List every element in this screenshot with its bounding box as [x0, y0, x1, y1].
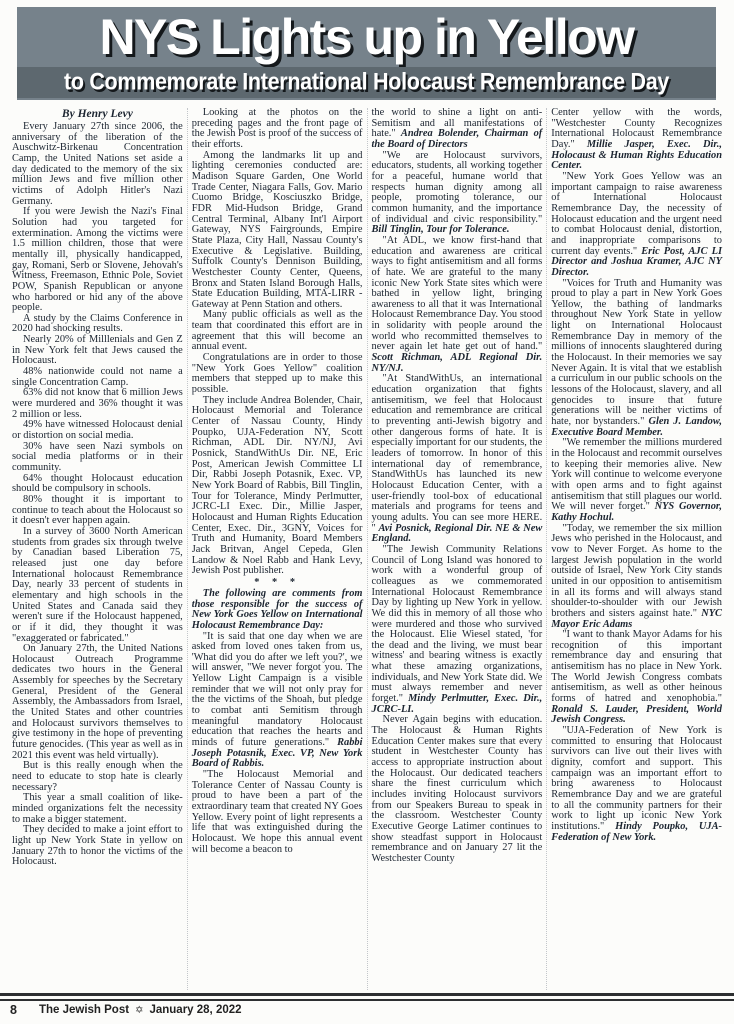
paragraph-text: 80% thought it is important to continue … — [12, 494, 183, 526]
attribution: Avi Posnick, Regional Dir. NE & New Engl… — [372, 523, 543, 545]
paragraph-text: 30% have seen Nazi symbols on social med… — [12, 441, 183, 473]
headline-subtitle-band: to Commemorate International Holocaust R… — [17, 67, 716, 98]
paragraph: "New York Goes Yellow was an important c… — [551, 172, 722, 279]
paragraph-text: 49% have witnessed Holocaust denial or d… — [12, 419, 183, 441]
paragraph-text: On January 27th, the United Nations Holo… — [12, 643, 183, 761]
paragraph: On January 27th, the United Nations Holo… — [12, 644, 183, 761]
paragraph-text: Congratulations are in order to those "N… — [192, 352, 363, 395]
star-of-david-icon: ✡ — [135, 1005, 143, 1016]
paragraph-text: Many public officials as well as the tea… — [192, 309, 363, 352]
paragraph: Nearly 20% of Milllenials and Gen Z in N… — [12, 335, 183, 367]
paragraph: "Today, we remember the six million Jews… — [551, 524, 722, 631]
paragraph: "Voices for Truth and Humanity was proud… — [551, 279, 722, 439]
paragraph-text: "New York Goes Yellow was an important c… — [551, 171, 722, 257]
article-body: By Henry LevyEvery January 27th since 20… — [8, 108, 726, 990]
paragraph-text: By Henry Levy — [62, 108, 133, 120]
paragraph-text: Every January 27th since 2006, the anniv… — [12, 121, 183, 207]
paragraph: 49% have witnessed Holocaust denial or d… — [12, 420, 183, 441]
paragraph: "It is said that one day when we are ask… — [192, 632, 363, 771]
article-column-3: the world to shine a light on anti-Semit… — [367, 108, 547, 990]
paragraph: In a survey of 3600 North American stude… — [12, 527, 183, 644]
paragraph: A study by the Claims Conference in 2020… — [12, 314, 183, 335]
headline-title: NYS Lights up in Yellow — [17, 9, 716, 65]
paragraph-text: Never Again begins with education. The H… — [372, 714, 543, 864]
publication-name: The Jewish Post — [39, 1004, 129, 1016]
paragraph-text: This year a small coalition of like-mind… — [12, 792, 183, 824]
page-footer: 8 The Jewish Post ✡ January 28, 2022 — [10, 1003, 726, 1017]
byline: By Henry Levy — [12, 108, 183, 121]
paragraph-text: A study by the Claims Conference in 2020… — [12, 313, 183, 335]
paragraph-text: 64% thought Holocaust education should b… — [12, 473, 183, 495]
paragraph-text: They decided to make a joint effort to l… — [12, 824, 183, 867]
paragraph: "At StandWithUs, an international educat… — [372, 374, 543, 545]
attribution: Bill Tinglin, Tour for Tolerance. — [372, 224, 510, 235]
paragraph-text: 63% did not know that 6 million Jews wer… — [12, 387, 183, 419]
paragraph: the world to shine a light on anti-Semit… — [372, 108, 543, 151]
paragraph: The following are comments from those re… — [192, 589, 363, 632]
paragraph-text: "The Holocaust Memorial and Tolerance Ce… — [192, 769, 363, 855]
paragraph-text: Looking at the photos on the preceding p… — [192, 108, 363, 150]
paragraph: Many public officials as well as the tea… — [192, 310, 363, 353]
paragraph-text: "UJA-Federation of New York is committed… — [551, 725, 722, 832]
paragraph-text: In a survey of 3600 North American stude… — [12, 526, 183, 644]
article-column-2: Looking at the photos on the preceding p… — [187, 108, 367, 990]
attribution: Ronald S. Lauder, President, World Jewis… — [551, 704, 722, 726]
paragraph: Looking at the photos on the preceding p… — [192, 108, 363, 151]
attribution: Scott Richman, ADL Regional Dir. NY/NJ. — [372, 352, 543, 374]
paragraph: Every January 27th since 2006, the anniv… — [12, 122, 183, 207]
paragraph: 48% nationwide could not name a single C… — [12, 367, 183, 388]
article-column-4: Center yellow with the words, "Westchest… — [546, 108, 726, 990]
paragraph: "At ADL, we know first-hand that educati… — [372, 236, 543, 375]
paragraph-text: "At StandWithUs, an international educat… — [372, 373, 543, 533]
paragraph: If you were Jewish the Nazi's Final Solu… — [12, 207, 183, 314]
paragraph-text: "It is said that one day when we are ask… — [192, 631, 363, 749]
paragraph: "UJA-Federation of New York is committed… — [551, 726, 722, 843]
paragraph-text: "We are Holocaust survivors, educators, … — [372, 150, 543, 225]
paragraph: 30% have seen Nazi symbols on social med… — [12, 442, 183, 474]
paragraph: Among the landmarks lit up and lighting … — [192, 151, 363, 311]
paragraph: Congratulations are in order to those "N… — [192, 353, 363, 396]
paragraph: Center yellow with the words, "Westchest… — [551, 108, 722, 172]
paragraph: They include Andrea Bolender, Chair, Hol… — [192, 396, 363, 577]
paragraph-text: Among the landmarks lit up and lighting … — [192, 150, 363, 310]
page-number: 8 — [10, 1003, 17, 1017]
paragraph-text: They include Andrea Bolender, Chair, Hol… — [192, 395, 363, 577]
paragraph-text: "I want to thank Mayor Adams for his rec… — [551, 629, 722, 704]
paragraph-text: "At ADL, we know first-hand that educati… — [372, 235, 543, 353]
headline-subtitle: to Commemorate International Holocaust R… — [64, 69, 669, 97]
paragraph: But is this really enough when the need … — [12, 761, 183, 793]
paragraph: 64% thought Holocaust education should b… — [12, 474, 183, 495]
paragraph: "The Jewish Community Relations Council … — [372, 545, 543, 716]
paragraph-text: 48% nationwide could not name a single C… — [12, 366, 183, 388]
paragraph: Never Again begins with education. The H… — [372, 715, 543, 864]
paragraph: "We remember the millions murdered in th… — [551, 438, 722, 523]
paragraph: 80% thought it is important to continue … — [12, 495, 183, 527]
paragraph-text: But is this really enough when the need … — [12, 760, 183, 792]
issue-date: January 28, 2022 — [149, 1004, 241, 1016]
paragraph-text: "The Jewish Community Relations Council … — [372, 544, 543, 704]
paragraph-text: "Voices for Truth and Humanity was proud… — [551, 278, 722, 428]
attribution: The following are comments from those re… — [192, 588, 363, 631]
paragraph: This year a small coalition of like-mind… — [12, 793, 183, 825]
paragraph: "We are Holocaust survivors, educators, … — [372, 151, 543, 236]
paragraph: 63% did not know that 6 million Jews wer… — [12, 388, 183, 420]
article-column-1: By Henry LevyEvery January 27th since 20… — [8, 108, 187, 990]
paragraph-text: "Today, we remember the six million Jews… — [551, 523, 722, 619]
headline-banner: NYS Lights up in Yellow to Commemorate I… — [17, 7, 716, 100]
paragraph: "The Holocaust Memorial and Tolerance Ce… — [192, 770, 363, 855]
footer-double-rule — [0, 993, 734, 1001]
paragraph-text: Nearly 20% of Milllenials and Gen Z in N… — [12, 334, 183, 366]
paragraph: They decided to make a joint effort to l… — [12, 825, 183, 868]
paragraph: "I want to thank Mayor Adams for his rec… — [551, 630, 722, 726]
paragraph-text: * * * — [254, 577, 300, 588]
paragraph-text: If you were Jewish the Nazi's Final Solu… — [12, 206, 183, 313]
